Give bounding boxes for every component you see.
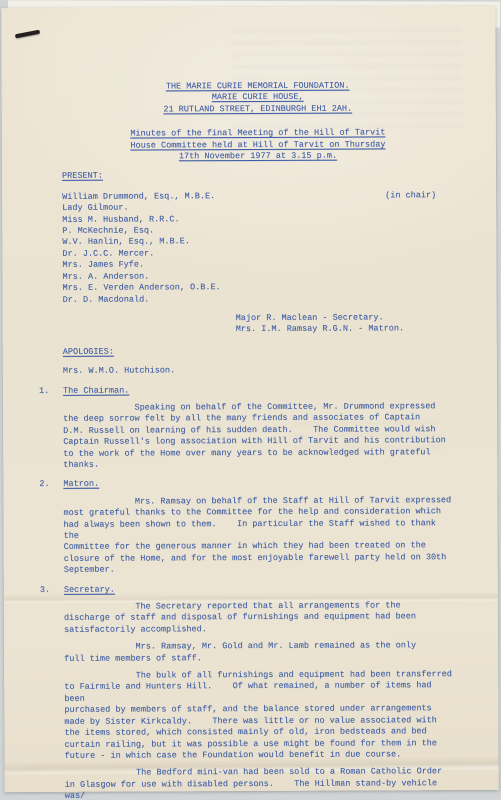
section-heading: 1. The Chairman. [63, 384, 455, 397]
present-heading: PRESENT: [62, 170, 454, 183]
attendee-name: William Drummond, Esq., M.B.E. [62, 191, 215, 202]
typewritten-paper: THE MARIE CURIE MEMORIAL FOUNDATION. MAR… [1, 6, 498, 792]
section-heading: 3. Secretary. [64, 583, 456, 596]
minutes-title: Minutes of the final Meeting of the Hill… [62, 127, 454, 163]
officers-list: Major R. Maclean - Secretary. Mrs. I.M. … [236, 312, 455, 336]
document-content: THE MARIE CURIE MEMORIAL FOUNDATION. MAR… [1, 6, 498, 792]
org-address-line: 21 RUTLAND STREET, EDINBURGH EH1 2AH. [62, 103, 454, 116]
section-title: The Chairman. [63, 385, 129, 395]
section-paragraph: Mrs. Ramsay, Mr. Gold and Mr. Lamb remai… [64, 640, 456, 665]
section-paragraph: Speaking on behalf of the Committee, Mr.… [63, 401, 455, 471]
section-paragraph: The Secretary reported that all arrangem… [64, 600, 456, 636]
chair-annotation: (in chair) [385, 190, 436, 202]
apology-name: Mrs. W.M.O. Hutchison. [63, 364, 455, 377]
minutes-title-line: 17th November 1977 at 3.15 p.m. [62, 150, 454, 163]
section-chairman: 1. The Chairman. Speaking on behalf of t… [63, 384, 455, 472]
section-matron: 2. Matron. Mrs. Ramsay on behalf of the … [63, 477, 455, 576]
apologies-heading: APOLOGIES: [63, 345, 455, 358]
letterhead: THE MARIE CURIE MEMORIAL FOUNDATION. MAR… [62, 80, 454, 116]
scanned-document-page: THE MARIE CURIE MEMORIAL FOUNDATION. MAR… [0, 0, 501, 800]
section-secretary: 3. Secretary. The Secretary reported tha… [64, 583, 457, 800]
section-number: 2. [39, 479, 49, 490]
section-paragraph: The Bedford mini-van had been sold to a … [65, 766, 457, 800]
section-title: Matron. [63, 479, 99, 489]
officer-secretary: Major R. Maclean - Secretary. [236, 312, 455, 324]
attendee-name: Dr. D. Macdonald. [63, 293, 455, 306]
section-heading: 2. Matron. [63, 477, 455, 490]
section-paragraph: Mrs. Ramsay on behalf of the Staff at Hi… [63, 495, 455, 577]
officer-matron: Mrs. I.M. Ramsay R.G.N. - Matron. [236, 323, 455, 335]
section-number: 1. [39, 385, 49, 396]
attendee-list: William Drummond, Esq., M.B.E. (in chair… [62, 190, 454, 306]
section-title: Secretary. [64, 584, 115, 594]
attendee-chairman: William Drummond, Esq., M.B.E. (in chair… [62, 190, 454, 203]
section-number: 3. [40, 584, 50, 595]
section-paragraph: The bulk of all furnishings and equipmen… [64, 669, 456, 762]
